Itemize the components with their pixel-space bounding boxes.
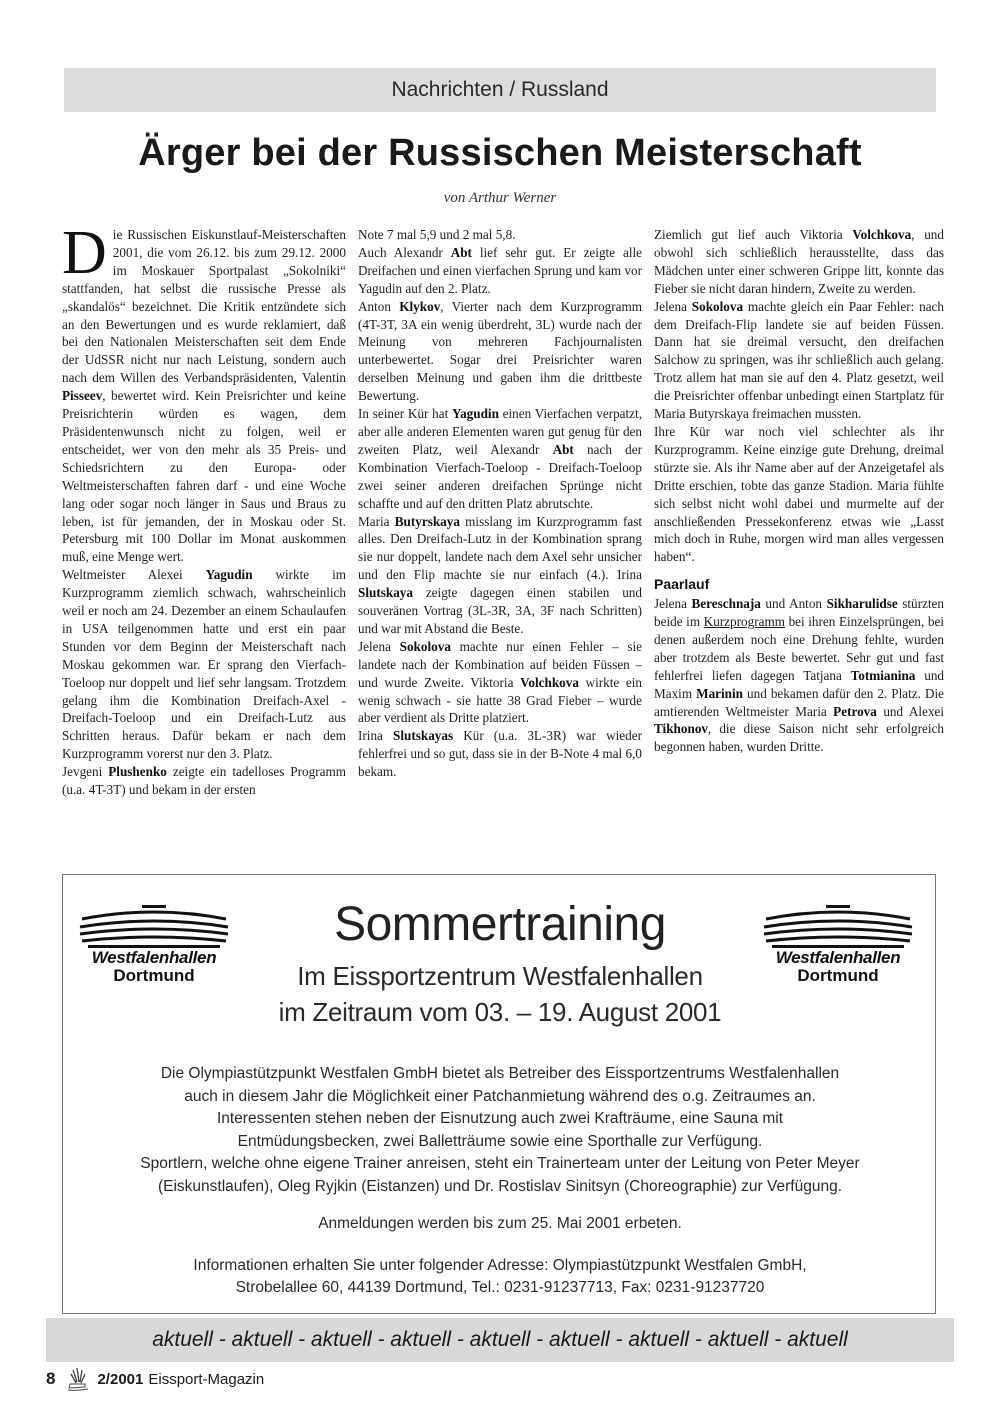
underlined-term: Kurzprogramm [704, 614, 785, 629]
paragraph: Maria Butyrskaya misslang im Kurzprogram… [358, 513, 642, 638]
skate-logo-icon [65, 1366, 91, 1392]
advertisement-box: Westfalenhallen Dortmund Sommertraining … [62, 874, 936, 1314]
section-label: Nachrichten / Russland [391, 78, 608, 102]
athlete-name: Petrova [833, 704, 877, 719]
article-column-1: Die Russischen Eiskunstlauf-Meisterschaf… [62, 226, 346, 799]
athlete-name: Pisseev [62, 388, 102, 403]
ad-body-line: auch in diesem Jahr die Möglichkeit eine… [63, 1086, 937, 1109]
athlete-name: Tikhonov [654, 721, 708, 736]
issue-number: 2/2001 [97, 1371, 143, 1388]
ad-body-line: Sportlern, welche ohne eigene Trainer an… [63, 1153, 937, 1176]
ad-contact-line: Informationen erhalten Sie unter folgend… [63, 1255, 937, 1277]
paragraph: Irina Slutskayas Kür (u.a. 3L-3R) war wi… [358, 727, 642, 781]
athlete-name: Abt [553, 442, 574, 457]
drop-cap: D [62, 228, 107, 278]
paragraph: Die Russischen Eiskunstlauf-Meisterschaf… [62, 226, 346, 566]
ticker-text: aktuell - aktuell - aktuell - aktuell - … [152, 1328, 848, 1352]
ad-title: Sommertraining [233, 897, 767, 952]
paragraph: Note 7 mal 5,9 und 2 mal 5,8. [358, 226, 642, 244]
ad-subtitle-dates: im Zeitraum vom 03. – 19. August 2001 [213, 997, 787, 1028]
paragraph: Jevgeni Plushenko zeigte ein tadelloses … [62, 763, 346, 799]
paragraph: Jelena Sokolova machte gleich ein Paar F… [654, 298, 944, 423]
athlete-name: Sokolova [400, 639, 451, 654]
ad-registration-deadline: Anmeldungen werden bis zum 25. Mai 2001 … [63, 1215, 937, 1233]
paragraph: Jelena Bereschnaja und Anton Sikharulids… [654, 595, 944, 756]
ad-body-line: Entmüdungsbecken, zwei Balletträume sowi… [63, 1131, 937, 1154]
ad-contact-info: Informationen erhalten Sie unter folgend… [63, 1255, 937, 1299]
arena-roof-icon [74, 903, 234, 949]
athlete-name: Bereschnaja [692, 596, 761, 611]
westfalenhallen-logo-right: Westfalenhallen Dortmund [753, 903, 923, 985]
athlete-name: Sokolova [692, 299, 743, 314]
subheading-paarlauf: Paarlauf [654, 576, 944, 594]
athlete-name: Volchkova [520, 675, 579, 690]
article-column-3: Ziemlich gut lief auch Viktoria Volchkov… [654, 226, 944, 756]
athlete-name: Abt [451, 245, 472, 260]
paragraph: In seiner Kür hat Yagudin einen Vierfach… [358, 405, 642, 512]
ad-subtitle-venue: Im Eissportzentrum Westfalenhallen [213, 961, 787, 992]
paragraph: Ziemlich gut lief auch Viktoria Volchkov… [654, 226, 944, 298]
news-ticker-bar: aktuell - aktuell - aktuell - aktuell - … [46, 1318, 954, 1362]
athlete-name: Marinin [696, 686, 743, 701]
athlete-name: Plushenko [108, 764, 167, 779]
article-body: Die Russischen Eiskunstlauf-Meisterschaf… [62, 226, 942, 856]
athlete-name: Totmianina [851, 668, 916, 683]
logo-city: Dortmund [753, 967, 923, 985]
arena-roof-icon [758, 903, 918, 949]
athlete-name: Slutskayas [393, 728, 453, 743]
ad-body-line: Interessenten stehen neben der Eisnutzun… [63, 1108, 937, 1131]
athlete-name: Yagudin [206, 567, 253, 582]
athlete-name: Butyrskaya [395, 514, 460, 529]
ad-body-line: Die Olympiastützpunkt Westfalen GmbH bie… [63, 1063, 937, 1086]
ad-description: Die Olympiastützpunkt Westfalen GmbH bie… [63, 1063, 937, 1199]
article-column-2: Note 7 mal 5,9 und 2 mal 5,8. Auch Alexa… [358, 226, 642, 781]
paragraph: Ihre Kür war noch viel schlechter als ih… [654, 423, 944, 566]
paragraph: Auch Alexandr Abt lief sehr gut. Er zeig… [358, 244, 642, 298]
paragraph: Anton Klykov, Vierter nach dem Kurzprogr… [358, 298, 642, 405]
athlete-name: Klykov [399, 299, 440, 314]
article-headline: Ärger bei der Russischen Meisterschaft [0, 132, 1000, 175]
page-footer: 8 2/2001 Eissport-Magazin [46, 1366, 264, 1392]
section-header-bar: Nachrichten / Russland [64, 68, 936, 112]
ad-contact-line: Strobelallee 60, 44139 Dortmund, Tel.: 0… [63, 1277, 937, 1299]
athlete-name: Yagudin [452, 406, 499, 421]
athlete-name: Slutskaya [358, 585, 413, 600]
page-number: 8 [46, 1369, 55, 1389]
athlete-name: Volchkova [852, 227, 911, 242]
article-byline: von Arthur Werner [0, 190, 1000, 207]
paragraph: Weltmeister Alexei Yagudin wirkte im Kur… [62, 566, 346, 763]
magazine-name: Eissport-Magazin [148, 1371, 264, 1388]
ad-body-line: (Eiskunstlaufen), Oleg Ryjkin (Eistanzen… [63, 1176, 937, 1199]
logo-name: Westfalenhallen [753, 949, 923, 967]
athlete-name: Sikharulidse [827, 596, 898, 611]
paragraph: Jelena Sokolova machte nur einen Fehler … [358, 638, 642, 728]
